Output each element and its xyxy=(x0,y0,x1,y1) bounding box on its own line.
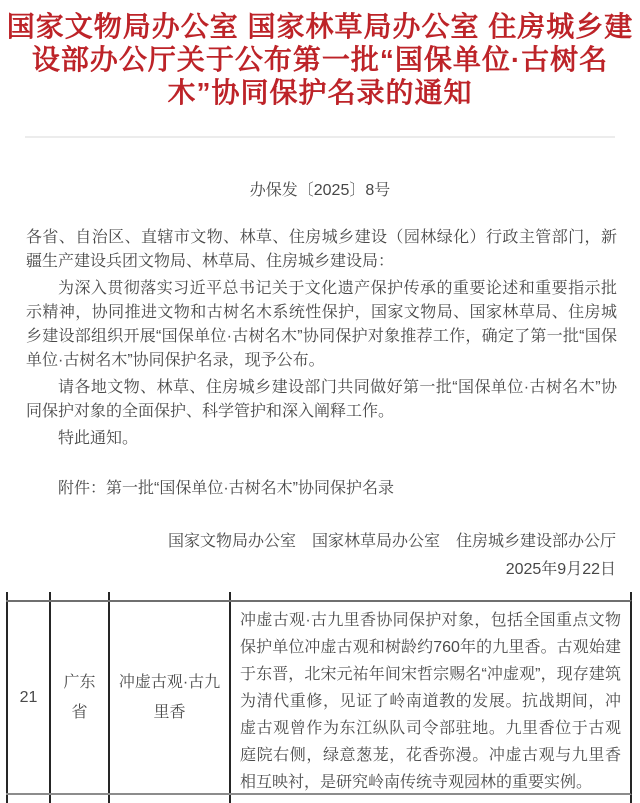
cell-description: 冲虚古观·古九里香协同保护对象，包括全国重点文物保护单位冲虚古观和树龄约760年… xyxy=(229,602,630,793)
table-cell-stub xyxy=(108,795,229,803)
paragraph-purpose: 为深入贯彻落实习近平总书记关于文化遗产保护传承的重要论述和重要指示批示精神，协同… xyxy=(26,277,617,373)
title-divider xyxy=(25,136,615,138)
signature-date: 2025年9月22日 xyxy=(168,561,616,578)
signature-agencies: 国家文物局办公室 国家林草局办公室 住房城乡建设部办公厅 xyxy=(168,533,616,550)
paragraph-request: 请各地文物、林草、住房城乡建设部门共同做好第一批“国保单位·古树名木”协同保护对… xyxy=(26,376,617,424)
table-cell-stub xyxy=(6,795,49,803)
table-row: 21 广东省 冲虚古观·古九里香 冲虚古观·古九里香协同保护对象，包括全国重点文… xyxy=(6,600,632,795)
serial-number-value: 21 xyxy=(20,683,38,713)
cell-province: 广东省 xyxy=(49,602,108,793)
protection-list-table: 21 广东省 冲虚古观·古九里香 冲虚古观·古九里香协同保护对象，包括全国重点文… xyxy=(6,592,632,803)
title-line-2: 设部办公厅关于公布第一批“国保单位·古树名 xyxy=(0,43,640,76)
table-cell-stub xyxy=(229,592,630,600)
table-cell-stub xyxy=(49,592,108,600)
object-name-value: 冲虚古观·古九里香 xyxy=(118,668,222,728)
table-cell-stub xyxy=(229,795,630,803)
notice-body: 各省、自治区、直辖市文物、林草、住房城乡建设（园林绿化）行政主管部门，新疆生产建… xyxy=(26,226,617,504)
table-row-partial-bottom xyxy=(6,795,632,803)
doc-number: 办保发〔2025〕8号 xyxy=(0,177,640,200)
table-row-partial-top xyxy=(6,592,632,600)
page-title: 国家文物局办公室 国家林草局办公室 住房城乡建 设部办公厅关于公布第一批“国保单… xyxy=(0,10,640,109)
table-cell-stub xyxy=(49,795,108,803)
signature-block: 国家文物局办公室 国家林草局办公室 住房城乡建设部办公厅 2025年9月22日 xyxy=(168,533,616,578)
paragraph-addressees: 各省、自治区、直辖市文物、林草、住房城乡建设（园林绿化）行政主管部门，新疆生产建… xyxy=(26,226,617,274)
province-value: 广东省 xyxy=(59,668,101,728)
table-cell-stub xyxy=(108,592,229,600)
paragraph-closing: 特此通知。 xyxy=(26,427,617,451)
notice-document: 国家文物局办公室 国家林草局办公室 住房城乡建 设部办公厅关于公布第一批“国保单… xyxy=(0,0,640,803)
table-cell-stub xyxy=(6,592,49,600)
cell-object-name: 冲虚古观·古九里香 xyxy=(108,602,229,793)
cell-serial-number: 21 xyxy=(6,602,49,793)
attachment-line: 附件：第一批“国保单位·古树名木”协同保护名录 xyxy=(26,477,617,501)
title-line-1: 国家文物局办公室 国家林草局办公室 住房城乡建 xyxy=(0,10,640,43)
title-line-3: 木”协同保护名录的通知 xyxy=(0,76,640,109)
